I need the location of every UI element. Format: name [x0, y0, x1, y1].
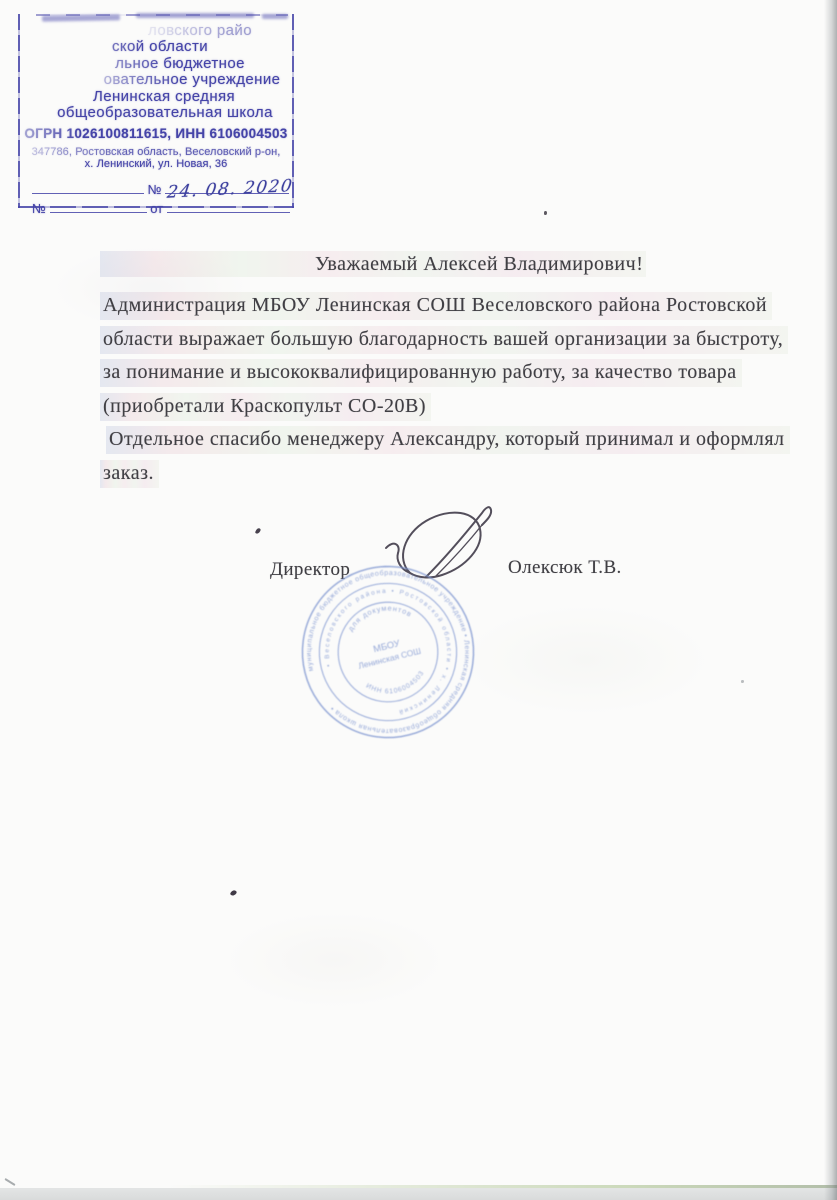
number-sign-label: №: [148, 182, 162, 197]
stamp-org-line: льное бюджетное: [46, 56, 314, 72]
scan-speck: [544, 211, 547, 215]
seal-ring-outer-text: муниципальное бюджетное общеобразователь…: [294, 558, 482, 746]
scan-speck: [255, 527, 261, 534]
stamp-text-block: ловского райо ской области льное бюджетн…: [22, 23, 290, 216]
body-text-line: заказ.: [100, 460, 159, 488]
greeting-text: Уважаемый Алексей Владимирович!: [100, 251, 646, 277]
scanned-letter-page: ловского райо ской области льное бюджетн…: [0, 0, 837, 1200]
stamp-border-left: [18, 14, 20, 208]
stamp-date-row: № от 24. 08. 2020: [22, 199, 290, 216]
stamp-org-line: общеобразовательная школа: [31, 105, 299, 121]
number-sign-label: №: [32, 201, 46, 216]
from-label: от: [150, 201, 163, 216]
handwritten-date: 24. 08. 2020: [166, 179, 308, 201]
body-paragraph-2: Отдельное спасибо менеджеру Александру, …: [100, 426, 790, 493]
stamp-address-line1: 347786, Ростовская область, Веселовский …: [22, 146, 290, 158]
body-text-line: Отдельное спасибо менеджеру Александру, …: [106, 426, 790, 454]
seal-outer-circle: [294, 558, 482, 746]
body-paragraph-1: Администрация МБОУ Ленинская СОШ Веселов…: [100, 292, 788, 426]
body-text-line: области выражает большую благодарность в…: [100, 326, 788, 354]
stamp-org-line: овательное учреждение: [58, 72, 326, 88]
org-corner-stamp: ловского райо ской области льное бюджетн…: [18, 10, 294, 208]
scan-speck: [741, 680, 744, 683]
svg-text:муниципальное бюджетное общеоб: муниципальное бюджетное общеобразователь…: [294, 558, 482, 746]
scan-right-edge-shadow: [824, 0, 837, 1200]
blank-line: [32, 180, 144, 194]
date-line: 24. 08. 2020: [167, 199, 290, 213]
stamp-ogrn-inn: ОГРН 1026100811615, ИНН 6106004503: [22, 126, 290, 142]
ink-smudge: [136, 13, 254, 18]
ink-smudge: [262, 14, 288, 19]
scan-speck: [230, 889, 238, 897]
body-text-line: за понимание и высококвалифицированную р…: [100, 359, 742, 387]
stamp-address-line2: х. Ленинский, ул. Новая, 36: [22, 158, 290, 170]
body-text-line: (приобретали Краскопульт СО-20В): [100, 393, 431, 421]
ink-smudge: [42, 14, 120, 21]
blank-line: [50, 199, 147, 213]
scan-bottom-edge: [0, 1188, 837, 1200]
stamp-org-line: ловского райо: [66, 23, 334, 39]
svg-text:ИНН 6106004503: ИНН 6106004503: [363, 668, 429, 701]
stamp-org-line: Ленинская средняя: [30, 89, 298, 105]
body-text-line: Администрация МБОУ Ленинская СОШ Веселов…: [100, 292, 772, 320]
seal-inner-bottom-text: ИНН 6106004503: [363, 668, 429, 701]
round-official-seal: муниципальное бюджетное общеобразователь…: [294, 558, 482, 746]
stamp-org-line: ской области: [26, 39, 294, 55]
greeting-line: Уважаемый Алексей Владимирович!: [100, 251, 646, 277]
signer-name: Олексюк Т.В.: [508, 557, 622, 579]
